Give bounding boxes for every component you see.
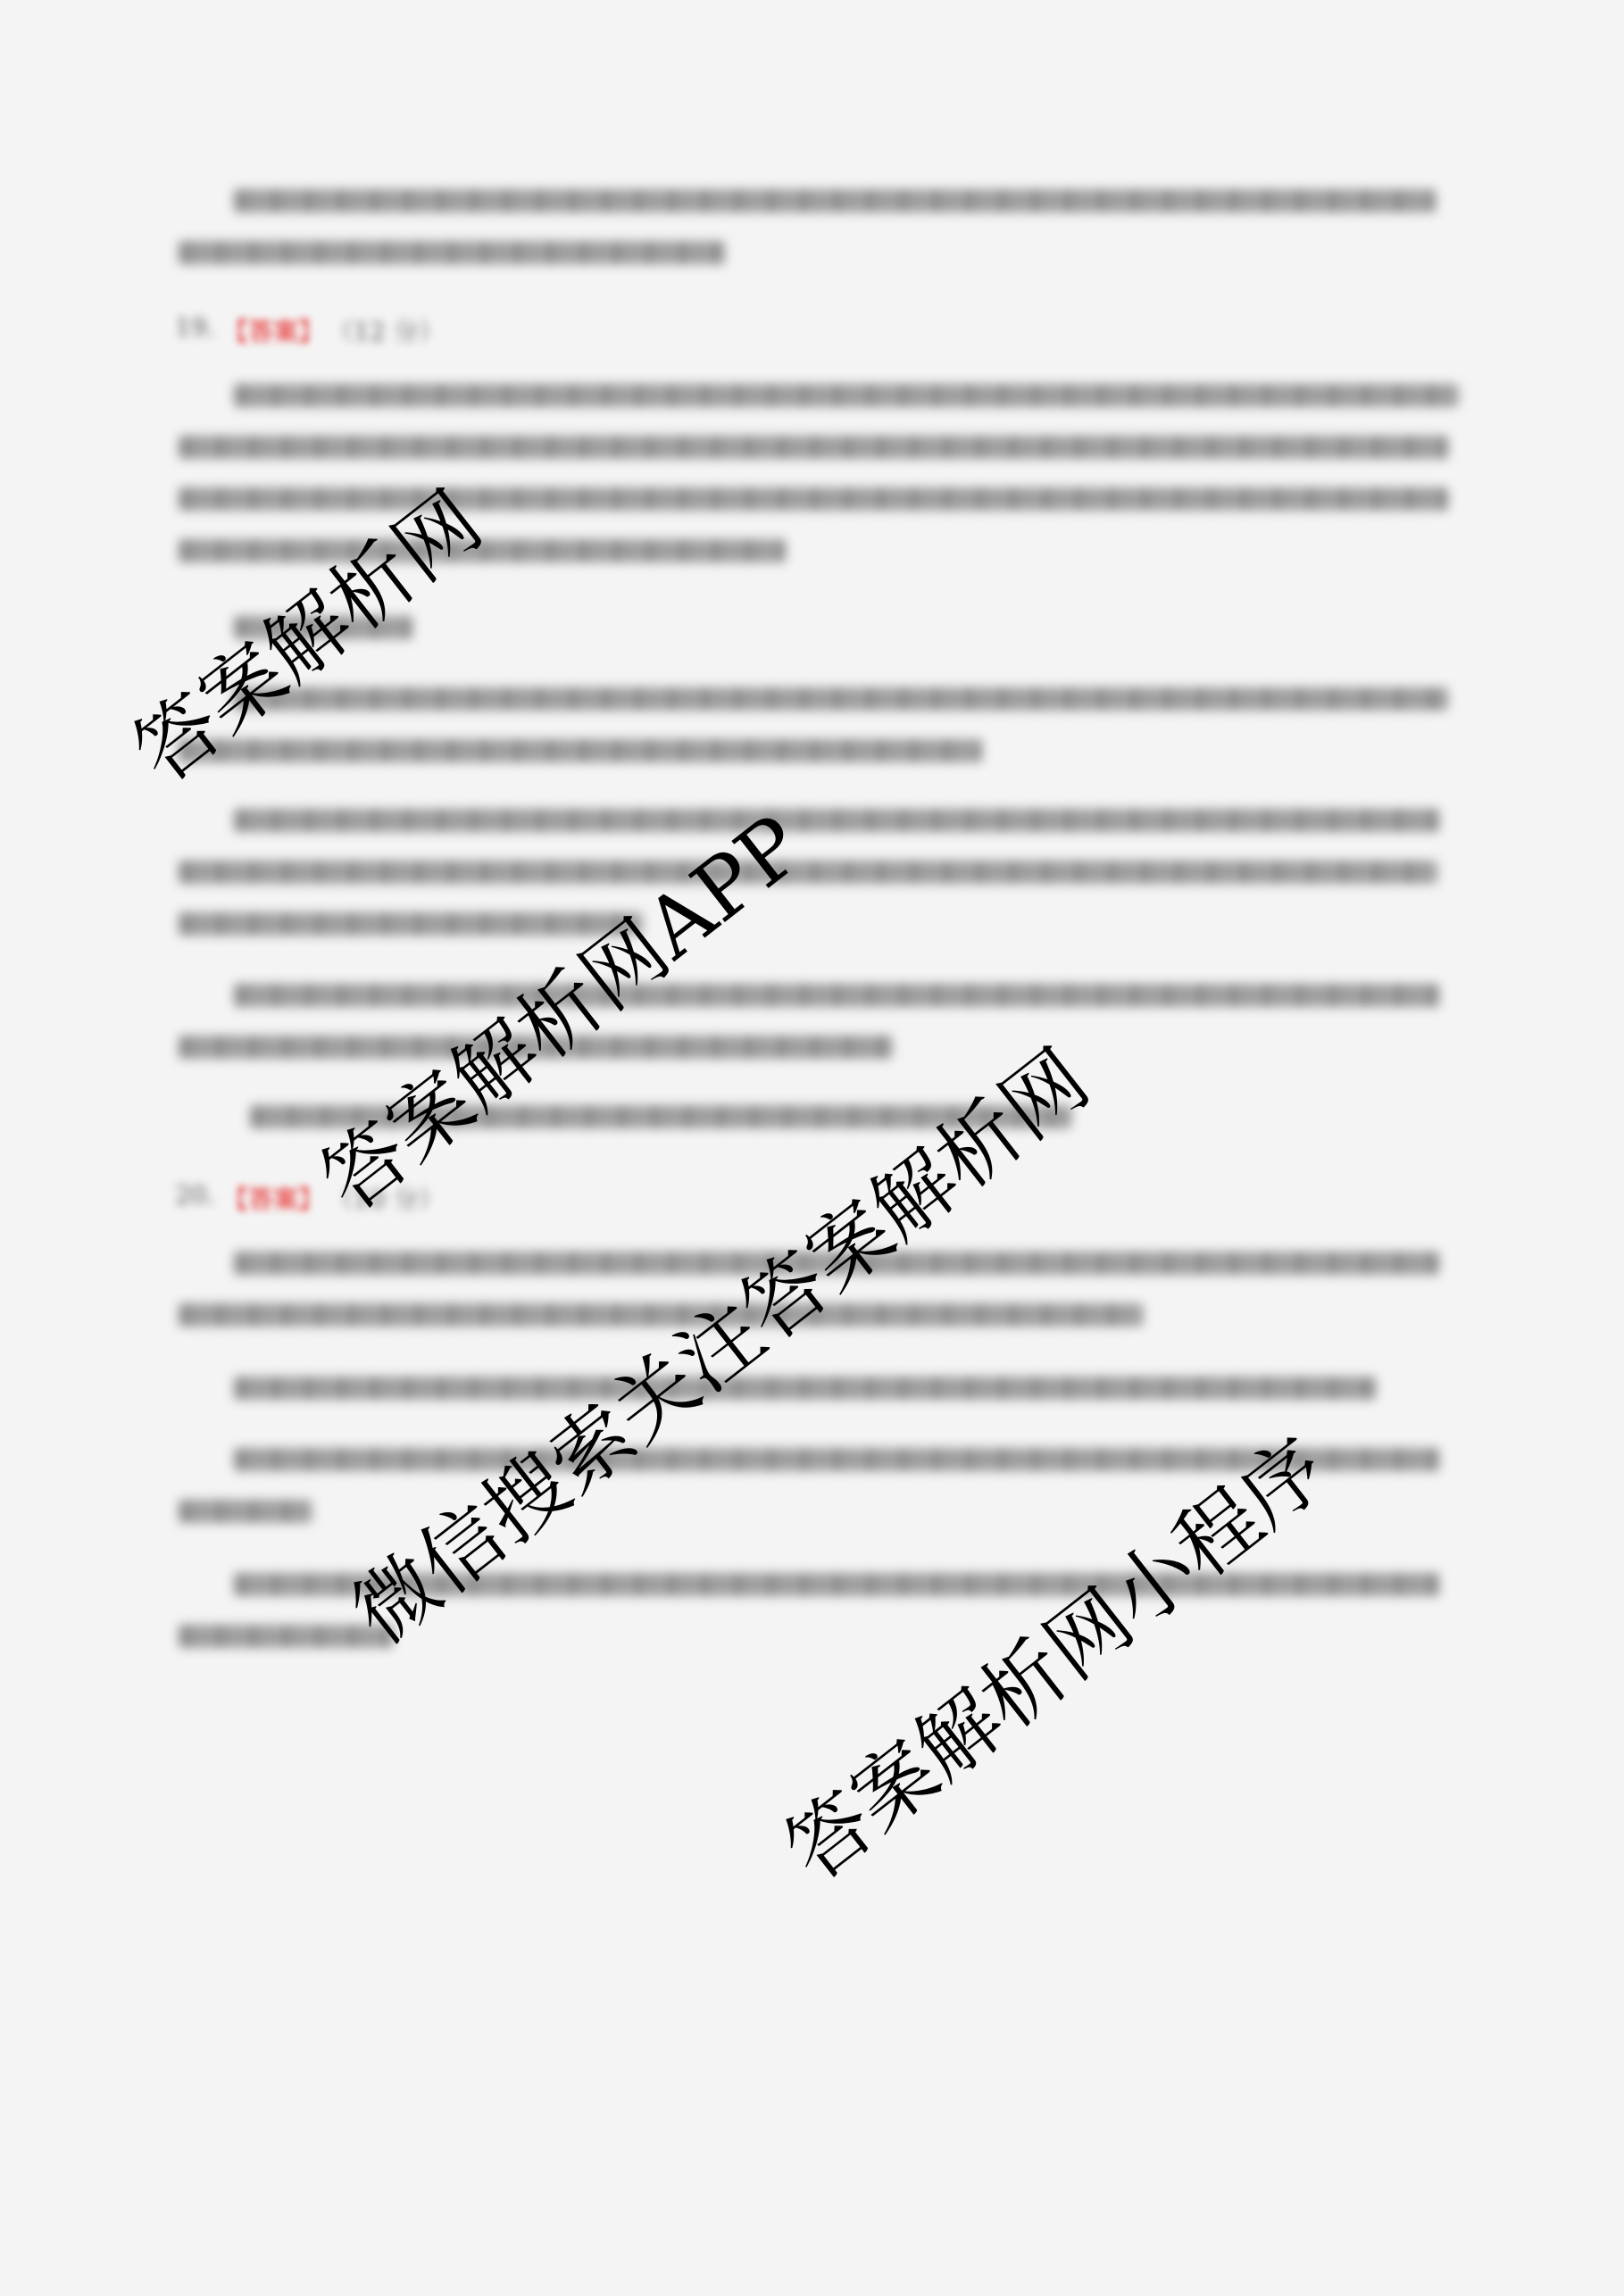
blurred-text-line <box>234 1377 1377 1400</box>
blurred-text-line <box>234 384 1459 407</box>
blurred-text-line <box>234 687 1448 711</box>
blurred-text-line <box>234 809 1439 832</box>
score-hint: （12 分） <box>329 312 444 337</box>
answer-tag: 【答案】 <box>223 1180 323 1205</box>
blurred-text-line <box>179 241 725 264</box>
blurred-text-line <box>234 984 1439 1007</box>
blurred-text-line <box>179 1625 393 1648</box>
watermark-text: 答案解析网APP <box>293 783 823 1233</box>
blurred-text-line <box>234 189 1436 212</box>
blurred-text-line <box>179 436 1448 459</box>
question-number: 19. <box>175 312 215 337</box>
blurred-text-line <box>179 1500 312 1523</box>
blurred-text-line <box>179 739 982 762</box>
answer-tag: 【答案】 <box>223 312 323 337</box>
watermark-text: 答案解析网小程序 <box>757 1405 1347 1902</box>
document-page: 19.【答案】（12 分）20.【答案】（10 分）答案解析网答案解析网APP微… <box>0 0 1624 2296</box>
question-number: 20. <box>175 1180 215 1205</box>
